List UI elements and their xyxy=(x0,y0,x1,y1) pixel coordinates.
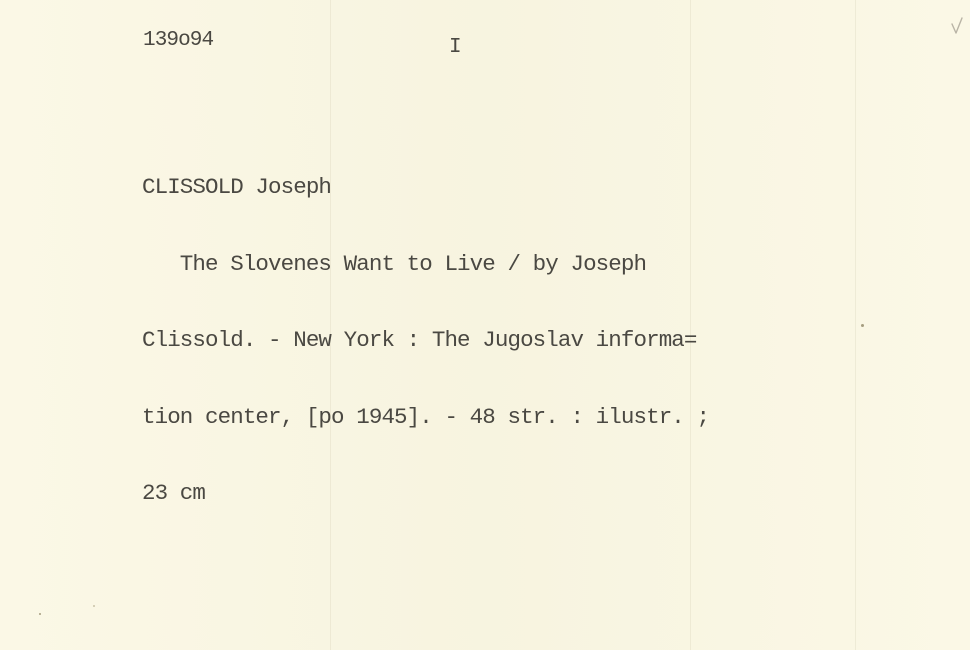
bibliographic-entry: CLISSOLD Joseph The Slovenes Want to Liv… xyxy=(142,124,709,558)
check-mark-icon xyxy=(950,16,964,36)
title-line: The Slovenes Want to Live / by Joseph xyxy=(142,252,709,278)
paper-speck xyxy=(861,324,864,327)
paper-speck xyxy=(93,605,95,607)
publication-line: Clissold. - New York : The Jugoslav info… xyxy=(142,328,709,354)
catalog-card: 139o94 I CLISSOLD Joseph The Slovenes Wa… xyxy=(0,0,970,650)
call-number: 139o94 xyxy=(143,28,213,54)
paper-crease xyxy=(855,0,856,650)
paper-speck xyxy=(39,613,41,615)
volume-mark: I xyxy=(449,35,461,61)
dimensions-line: 23 cm xyxy=(142,481,709,507)
description-line: tion center, [po 1945]. - 48 str. : ilus… xyxy=(142,405,709,431)
author-heading: CLISSOLD Joseph xyxy=(142,175,709,201)
